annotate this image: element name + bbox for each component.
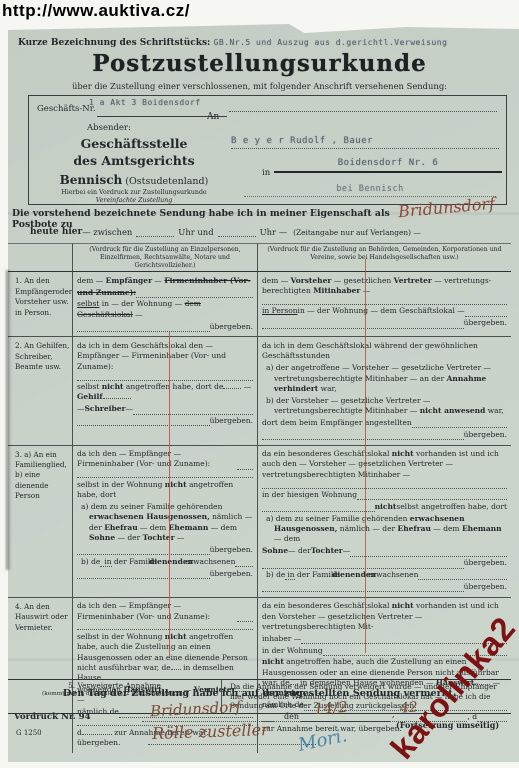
delivery-table: (Vordruck für die Zustellung an Einzelpe… [8,243,511,753]
business-number-value: 1 a Akt 3 Boidensdorf [89,98,201,107]
sender-place: Bennisch [60,173,123,187]
row-1-right-cell: dem — Vorsteher — gesetzlichen Vertreter… [258,272,511,336]
recipient-note: bei Bennisch [244,184,496,197]
recipient-name: B e y e r Rudolf , Bauer [231,136,499,149]
red-check-line-left [169,332,170,656]
date-handwriting: 14/2 [313,698,348,718]
date-line [300,721,390,722]
table-header-spacer [8,243,72,272]
recipient-place: Boidensdorf Nr. 6 [274,158,502,173]
time-blank-1 [136,229,174,237]
sender-place-line: Bennisch (Ostsudetenland) [39,173,229,187]
recipient-dotted-line [229,110,497,112]
scan-edge-shadow [6,270,11,570]
table-header-left: (Vordruck für die Zustellung an Einzelpe… [72,243,258,272]
form-number: Vordruck Nr. 94 [14,712,91,722]
sender-label: Absender: [87,123,131,133]
address-box: Geschäfts-Nr. 1 a Akt 3 Boidensdorf Abse… [28,95,507,205]
row-3-label: 3. a) An ein Familienglied, b) eine dien… [8,445,72,597]
short-description-label: Kurze Bezeichnung des Schriftstücks: [18,38,210,48]
row-3-left-cell: da ich den — Empfänger — Firmeninhaber (… [72,445,258,597]
recipient-in-label: in [262,168,270,178]
time-blank-2 [218,229,256,237]
table-header-right: (Vordruck für die Zustellung an Behörden… [258,243,511,272]
row-2-label: 2. An Gehilfen, Schreiber, Beamte usw. [8,336,72,444]
short-description-line: Kurze Bezeichnung des Schriftstücks: GB.… [18,38,512,48]
enclosure-note: Hierbei ein Vordruck zur Zustellungsurku… [34,189,234,205]
sender-office-line2: des Amtsgerichts [39,153,229,168]
red-check-line-right [365,259,366,653]
sender-region: (Ostsudetenland) [125,176,208,187]
row-1-label: 1. An den Empfängeroder Vorsteher usw. i… [8,272,72,336]
business-number-label: Geschäfts-Nr. [37,104,96,114]
den-label: den [284,712,299,721]
year-comma: , [392,710,395,719]
print-code: G 1250 [16,729,42,737]
form-title: Postzustellungsurkunde [0,50,519,77]
sender-office-line1: Geschäftsstelle [39,136,229,151]
recipient-to-label: An [207,112,219,122]
short-description-value: GB.Nr.5 und Auszug aus d.gerichtl.Verwei… [214,38,448,47]
form-subtitle: über die Zustellung einer verschlossenen… [0,81,519,91]
deliverer-signature: Rölle zusteller [152,720,269,743]
row-3-right-cell: da ein besonderes Geschäftslokal nicht v… [258,445,511,597]
row-2-left-cell: da ich in dem Geschäftslokal den — Empfä… [72,336,258,444]
time-statement: heute hier — zwischen Uhr und Uhr — (Zei… [30,227,500,237]
signature-line [148,744,316,745]
url-watermark: http://www.auktiva.cz/ [2,1,190,21]
row-2-right-cell: da ich in dem Geschäftslokal während der… [258,336,511,444]
scanned-document: http://www.auktiva.cz/ Kurze Bezeichnung… [0,0,519,768]
row-1-left-cell: dem — Empfänger — Firmeninhaber (Vor-und… [72,272,258,336]
